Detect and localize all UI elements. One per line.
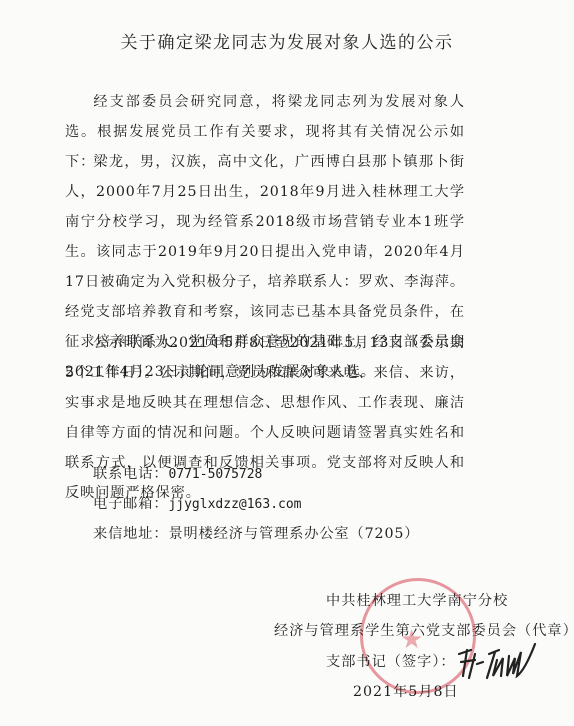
org-name-line2: 经济与管理系学生第六党支部委员会（代章）: [274, 620, 574, 640]
document-date: 2021年5月8日: [353, 681, 459, 701]
address-label: 来信地址：: [93, 526, 168, 542]
address-value: 景明楼经济与管理系办公室（7205）: [168, 526, 419, 542]
phone-value: 0771-5075728: [168, 467, 262, 482]
handwritten-signature: [455, 640, 545, 685]
contact-email: 电子邮箱：jjyglxdzz@163.com: [93, 493, 302, 513]
phone-label: 联系电话：: [93, 466, 168, 482]
email-label: 电子邮箱：: [93, 496, 168, 512]
document-title: 关于确定梁龙同志为发展对象人选的公示: [0, 28, 574, 53]
contact-phone: 联系电话：0771-5075728: [93, 463, 262, 483]
email-value: jjyglxdzz@163.com: [168, 497, 301, 512]
org-name-line1: 中共桂林理工大学南宁分校: [326, 590, 508, 610]
document-page: 关于确定梁龙同志为发展对象人选的公示 经支部委员会研究同意，将梁龙同志列为发展对…: [0, 0, 574, 726]
secretary-signature-label: 支部书记（签字）：: [326, 651, 456, 671]
contact-address: 来信地址：景明楼经济与管理系办公室（7205）: [93, 523, 419, 543]
